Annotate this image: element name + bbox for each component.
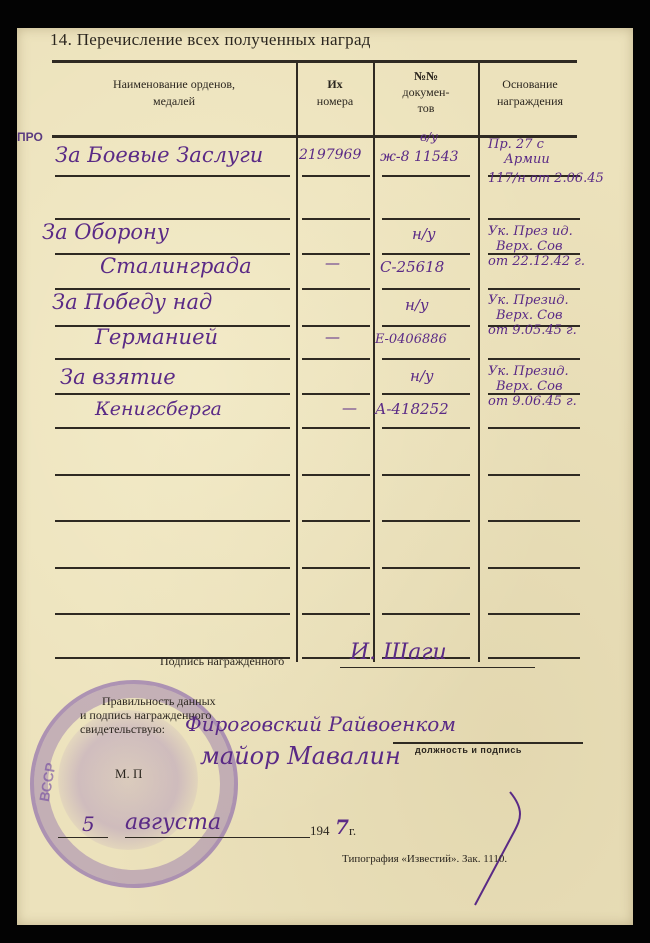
ruled-line: [302, 520, 370, 522]
doc-type-row-1: в/у: [420, 130, 438, 144]
award-number-row-4: —: [342, 399, 357, 417]
ruled-line: [302, 218, 370, 220]
ruled-line: [55, 427, 290, 429]
award-name-row-4-line-2: Кенигсберга: [95, 398, 222, 420]
ruled-line: [382, 393, 470, 395]
date-year-prefix: 194: [310, 823, 330, 839]
column-divider-2: [373, 62, 375, 662]
certifier-position-line: [393, 742, 583, 744]
award-name-row-1: За Боевые Заслуги: [55, 143, 263, 167]
ruled-line: [382, 358, 470, 360]
award-name-row-4-line-1: За взятие: [60, 365, 176, 389]
awardee-signature-label: Подпись награжденного: [160, 654, 284, 669]
doc-number-row-4: А-418252: [375, 400, 449, 418]
ruled-line: [382, 520, 470, 522]
seal-placement-label: М. П: [115, 766, 142, 782]
date-suffix: г.: [349, 823, 356, 839]
doc-number-row-3: Е-0406886: [375, 332, 447, 347]
ruled-line: [382, 175, 470, 177]
ruled-line: [382, 567, 470, 569]
ruled-line: [488, 358, 580, 360]
award-number-row-3: —: [325, 328, 340, 346]
awardee-signature: И. Шаги: [350, 640, 447, 665]
ruled-line: [382, 325, 470, 327]
ruled-line: [55, 474, 290, 476]
header-award-basis: Основание награждения: [480, 76, 580, 110]
ruled-line: [488, 567, 580, 569]
ruled-line: [382, 218, 470, 220]
signature-flourish: [470, 790, 530, 910]
doc-type-row-2: н/у: [412, 225, 436, 243]
ruled-line: [302, 567, 370, 569]
ruled-line: [55, 520, 290, 522]
award-number-row-2: —: [325, 254, 340, 272]
ruled-line: [382, 288, 470, 290]
ruled-line: [302, 288, 370, 290]
ruled-line: [302, 393, 370, 395]
award-number-row-1: 2197969: [299, 147, 361, 163]
doc-type-row-4: н/у: [410, 367, 434, 385]
ruled-line: [302, 613, 370, 615]
position-caption: должность и подпись: [415, 745, 522, 755]
ruled-line: [302, 358, 370, 360]
award-name-row-3-line-2: Германией: [95, 325, 218, 349]
certifier-position: Фироговский Райвоенком: [185, 712, 456, 736]
ruled-line: [488, 520, 580, 522]
certifier-signature: майор Мавалин: [200, 742, 401, 770]
ruled-line: [382, 613, 470, 615]
ruled-line: [302, 427, 370, 429]
column-divider-3: [478, 62, 480, 662]
section-title: 14. Перечисление всех полученных наград: [50, 30, 371, 50]
ruled-line: [382, 253, 470, 255]
award-basis-row-1: Пр. 27 с Армии 117/н от 2.06.45: [488, 137, 604, 186]
award-basis-row-3: Ук. Презид. Верх. Сов от 9.05.45 г.: [488, 293, 577, 338]
ruled-line: [302, 325, 370, 327]
ruled-line: [55, 567, 290, 569]
ruled-line: [55, 393, 290, 395]
ruled-line: [302, 175, 370, 177]
header-document-numbers: №№ докумен- тов: [375, 68, 477, 116]
doc-type-row-3: н/у: [405, 296, 429, 314]
awardee-signature-line: [340, 667, 535, 668]
table-top-rule: [52, 60, 577, 63]
header-award-numbers: Их номера: [298, 76, 372, 110]
ruled-line: [488, 474, 580, 476]
ruled-line: [55, 613, 290, 615]
ruled-line: [488, 427, 580, 429]
award-name-row-2-line-1: За Оборону: [42, 220, 169, 244]
award-basis-row-2: Ук. През ид. Верх. Сов от 22.12.42 г.: [488, 224, 585, 269]
doc-number-row-2: С-25618: [380, 258, 444, 276]
printer-note: Типография «Известий». Зак. 1110.: [342, 853, 507, 865]
award-name-row-3-line-1: За Победу над: [52, 290, 212, 314]
date-day: 5: [82, 812, 95, 836]
ruled-line: [55, 358, 290, 360]
ruled-line: [488, 657, 580, 659]
date-year-digit: 7: [335, 815, 349, 839]
date-day-line: [58, 837, 108, 838]
ruled-line: [382, 474, 470, 476]
ruled-line: [382, 427, 470, 429]
ruled-line: [488, 288, 580, 290]
date-month: августа: [125, 810, 221, 835]
ruled-line: [488, 613, 580, 615]
ruled-line: [302, 474, 370, 476]
date-month-line: [125, 837, 310, 838]
header-award-name: Наименование орденов, медалей: [56, 76, 292, 110]
pro-stamp-mark: ПРО: [17, 130, 43, 144]
award-basis-row-4: Ук. Презид. Верх. Сов от 9.06.45 г.: [488, 364, 577, 409]
doc-number-row-1: ж-8 11543: [380, 149, 459, 165]
ruled-line: [488, 218, 580, 220]
column-divider-1: [296, 62, 298, 662]
ruled-line: [55, 175, 290, 177]
award-name-row-2-line-2: Сталинграда: [100, 254, 252, 278]
